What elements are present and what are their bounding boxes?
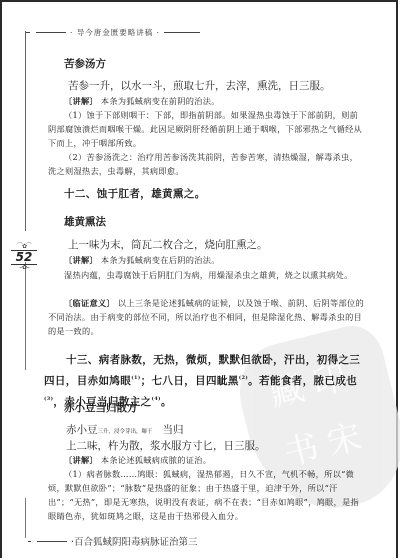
formula-title-xionghuang: 雄黄熏法 [64,214,106,229]
explain-label: 〔讲解〕 [64,96,98,106]
ingredient-2: 当归 [163,424,184,436]
note-kushen-2: （2）苦参汤洗之：治疗用苦参汤洗其前阴，苦参苦寒，清热燥湿，解毒杀虫，洗之则湿热… [48,150,366,178]
ingredient-1-note: 三升，浸令芽出，曝干 [98,429,153,435]
clause-13-part3: 。若能食者，脓已成也 [248,375,357,387]
clause-13-part2: ；七八日，目四眦黑 [141,375,239,387]
left-margin-rule [25,31,26,231]
explain-text: 本条为狐蜮病变在前阴的治法。 [101,96,220,106]
explain-label: 〔讲解〕 [64,255,98,265]
ingredients-chixiaodou: 赤小豆三升，浸令芽出，曝干 当归 [66,422,184,437]
running-header-title: · 导今唐金匮要略讲稿 · [70,27,160,38]
clause-13-part5: 。 [161,396,172,408]
header-rule-left [36,32,66,33]
header-rule-left-dot [26,32,30,33]
footnote-ref-1: (1) [131,375,140,381]
formula-title-kushen: 苦参汤方 [64,56,106,71]
note-kushen-1: （1）蚀于下部则咽干：下部，即指前阴部。如果湿热虫毒蚀于下部前阴，则前阴部腐蚀溃… [48,108,366,150]
footnote-ref-4: (4) [152,396,161,402]
explain-xionghuang: 〔讲解〕 本条为狐蜮病变在后阴的治法。 [64,253,364,267]
explain-chixiaodou: 〔讲解〕 本条论述狐蜮病成脓的证治。 [64,453,364,467]
page-body: · 导今唐金匮要略讲稿 · ⌒✿⌒ 52 ⌣✿⌣ 苦参汤方 苦参一升，以水一斗，… [0,0,400,560]
clinical-label: 〔临证意义〕 [64,298,115,308]
running-header: · 导今唐金匮要略讲稿 · [26,26,200,38]
recipe-kushen: 苦参一升，以水一斗，煎取七升，去滓，熏洗，日三服。 [68,78,331,93]
clinical-significance: 〔临证意义〕 以上三条是论述狐蜮病的证候，以及蚀于喉、前阴、后阴等部位的不同治法… [48,296,366,338]
ornament-bottom-icon: ⌣✿⌣ [6,265,42,271]
footer-rule [37,541,67,542]
ingredient-1: 赤小豆 [66,424,98,436]
explain-text: 本条为狐蜮病变在后阴的治法。 [101,255,220,265]
recipe-xionghuang: 上一味为末，筒瓦二枚合之，烧向肛熏之。 [68,237,268,252]
explain-label: 〔讲解〕 [64,455,98,465]
footnote-ref-2: (2) [239,375,248,381]
formula-title-chixiaodou: 赤小豆当归散方 [64,400,138,415]
para-xionghuang: 湿热内蕴，虫毒腐蚀于后阴肛门为病，用燥湿杀虫之雄黄，烧之以熏其病处。 [48,268,366,282]
explain-kushen: 〔讲解〕 本条为狐蜮病变在前阴的治法。 [64,94,364,108]
explain-text: 本条论述狐蜮病成脓的证治。 [101,455,211,465]
note-chixiaodou-1: （1）病者脉数……鸠眼：狐蜮病，湿热郁遏，日久不宣，气机不畅，所以“微烦，默默但… [48,467,366,523]
left-margin-rule-bottom [25,498,26,538]
page-number-badge: ⌒✿⌒ 52 ⌣✿⌣ [6,244,42,270]
header-rule-right [164,32,200,33]
left-margin-rule-lower [25,262,26,370]
page-number: 52 [11,250,37,265]
footer-rule-dot [28,541,31,542]
recipe-chixiaodou: 上二味，杵为散，浆水服方寸匕，日三服。 [66,438,266,453]
running-footer-title: ·百合狐蜮阴阳毒病脉证治第三 [71,534,198,548]
running-footer: ·百合狐蜮阴阳毒病脉证治第三 [26,534,198,548]
clause-12: 十二、蚀于肛者，雄黄熏之。 [64,185,364,203]
footnote-ref-3: (3) [44,396,53,402]
